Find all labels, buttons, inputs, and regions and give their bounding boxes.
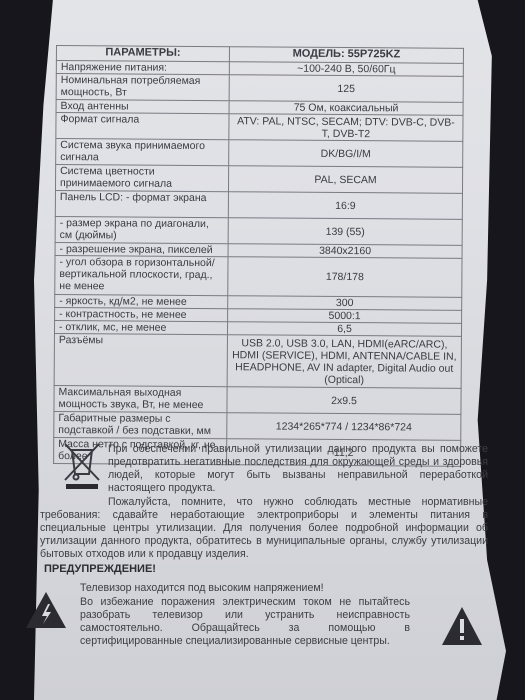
row-value: 125 xyxy=(229,75,463,103)
warning-title: ПРЕДУПРЕЖДЕНИЕ! xyxy=(44,563,156,575)
warning-text: Во избежание поражения электрическим ток… xyxy=(80,596,410,648)
row-value: 178/178 xyxy=(228,257,462,298)
table-row: Номинальная потребляемая мощность, Вт125 xyxy=(56,74,463,103)
row-key: Вход антенны xyxy=(56,100,229,114)
row-value: 2x9.5 xyxy=(227,387,461,415)
table-row: Система цветности принимаемого сигналаPA… xyxy=(55,165,462,194)
row-value: 1234*265*774 / 1234*86*724 xyxy=(227,413,461,441)
row-key: - яркость, кд/м2, не менее xyxy=(55,294,228,308)
row-key: Напряжение питания: xyxy=(56,61,229,75)
row-key: Система цветности принимаемого сигнала xyxy=(55,165,228,192)
exclamation-warning-icon xyxy=(440,605,484,647)
table-row: Формат сигналаATV: PAL, NTSC, SECAM; DTV… xyxy=(56,113,463,142)
header-parameters: ПАРАМЕТРЫ: xyxy=(56,46,229,62)
row-value: 139 (55) xyxy=(228,218,462,246)
row-value: PAL, SECAM xyxy=(228,166,462,194)
disposal-paragraph-1: При обеспечении правильной утилизации да… xyxy=(108,443,488,495)
row-key: - размер экрана по диагонали, см (дюймы) xyxy=(55,216,228,243)
row-key: - угол обзора в горизонтальной/вертикаль… xyxy=(55,255,228,295)
row-key: - контрастность, не менее xyxy=(55,307,228,321)
table-row: - размер экрана по диагонали, см (дюймы)… xyxy=(55,216,462,245)
row-key: Разъёмы xyxy=(54,333,227,386)
row-key: Формат сигнала xyxy=(56,113,229,140)
row-key: - разрешение экрана, пикселей xyxy=(55,242,228,256)
row-key: Максимальная выходная мощность звука, Вт… xyxy=(54,385,227,412)
table-row: Система звука принимаемого сигналаDK/BG/… xyxy=(56,139,463,168)
row-value: DK/BG/I/M xyxy=(229,140,463,168)
row-key: - отклик, мс, не менее xyxy=(54,320,227,334)
table-row: РазъёмыUSB 2.0, USB 3.0, LAN, HDMI(eARC/… xyxy=(54,333,461,388)
row-value: USB 2.0, USB 3.0, LAN, HDMI(eARC/ARC), H… xyxy=(227,335,461,389)
crossed-out-wheelie-bin-icon xyxy=(60,440,104,490)
row-key: Панель LCD: - формат экрана xyxy=(55,190,228,217)
header-model: МОДЕЛЬ: 55P725KZ xyxy=(229,47,463,64)
table-row: Панель LCD: - формат экрана16:9 xyxy=(55,190,462,219)
spec-table: ПАРАМЕТРЫ: МОДЕЛЬ: 55P725KZ Напряжение п… xyxy=(53,45,464,467)
high-voltage-warning-icon xyxy=(24,590,68,630)
disposal-paragraph-2: Пожалуйста, помните, что нужно соблюдать… xyxy=(40,496,488,561)
row-key: Номинальная потребляемая мощность, Вт xyxy=(56,74,229,101)
warning-line-1: Телевизор находится под высоким напряжен… xyxy=(80,582,410,595)
table-row: - угол обзора в горизонтальной/вертикаль… xyxy=(55,255,462,297)
table-row: Габаритные размеры с подставкой / без по… xyxy=(54,411,461,440)
table-row: Максимальная выходная мощность звука, Вт… xyxy=(54,385,461,414)
row-key: Система звука принимаемого сигнала xyxy=(56,139,229,166)
row-value: 16:9 xyxy=(228,192,462,220)
row-value: ATV: PAL, NTSC, SECAM; DTV: DVB-C, DVB-T… xyxy=(229,114,463,142)
row-key: Габаритные размеры с подставкой / без по… xyxy=(54,411,227,438)
